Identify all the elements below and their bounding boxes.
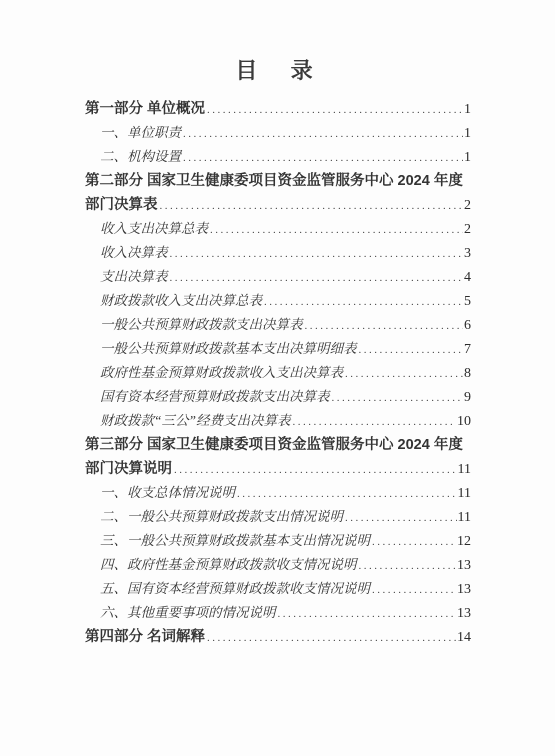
toc-entry: 国有资本经营预算财政拨款支出决算表9 [85, 385, 471, 409]
toc-entry-label: 收入决算表 [100, 241, 168, 265]
dot-leader [305, 314, 464, 338]
toc-entry-line: 收入支出决算总表2 [100, 217, 471, 241]
toc-entry: 一般公共预算财政拨款基本支出决算明细表7 [85, 337, 471, 361]
toc-entry-line: 部门决算说明11 [85, 457, 471, 481]
dot-leader [264, 290, 463, 314]
toc-entry-line: 部门决算表2 [85, 193, 471, 217]
dot-leader [160, 194, 464, 218]
dot-leader [359, 338, 464, 362]
toc-entry-line: 财政拨款收入支出决算总表5 [100, 289, 471, 313]
dot-leader [345, 362, 463, 386]
toc-entry-line: 财政拨款“三公”经费支出决算表10 [100, 409, 471, 433]
document-page: 目 录 第一部分 单位概况1一、单位职责1二、机构设置1第二部分 国家卫生健康委… [0, 0, 555, 756]
toc-page-number: 8 [464, 362, 471, 386]
toc-entry-line: 一、收支总体情况说明11 [100, 481, 471, 505]
dot-leader [174, 458, 457, 482]
toc-entry-label: 三、一般公共预算财政拨款基本支出情况说明 [100, 529, 370, 553]
toc-entry: 支出决算表4 [85, 265, 471, 289]
dot-leader [207, 626, 456, 650]
toc-entry: 五、国有资本经营预算财政拨款收支情况说明13 [85, 577, 471, 601]
toc-entry-label: 二、一般公共预算财政拨款支出情况说明 [100, 505, 343, 529]
toc-page-number: 1 [464, 146, 471, 170]
toc-entry: 一、收支总体情况说明11 [85, 481, 471, 505]
toc-entry-label: 五、国有资本经营预算财政拨款收支情况说明 [100, 577, 370, 601]
toc-entry-label: 财政拨款“三公”经费支出决算表 [100, 409, 291, 433]
toc-entry: 收入支出决算总表2 [85, 217, 471, 241]
toc-entry-label: 一般公共预算财政拨款支出决算表 [100, 313, 303, 337]
dot-leader [332, 386, 464, 410]
toc-entry-line: 五、国有资本经营预算财政拨款收支情况说明13 [100, 577, 471, 601]
toc-entry-label: 一般公共预算财政拨款基本支出决算明细表 [100, 337, 357, 361]
toc-entry: 收入决算表3 [85, 241, 471, 265]
toc-entry-label: 二、机构设置 [100, 145, 181, 169]
dot-leader [359, 554, 457, 578]
toc-entry-line: 支出决算表4 [100, 265, 471, 289]
toc-entry-label: 一、单位职责 [100, 121, 181, 145]
toc-entry-label: 收入支出决算总表 [100, 217, 208, 241]
page-title: 目 录 [0, 54, 555, 85]
toc-entry-label: 四、政府性基金预算财政拨款收支情况说明 [100, 553, 357, 577]
toc-entry: 财政拨款收入支出决算总表5 [85, 289, 471, 313]
toc-entry: 第二部分 国家卫生健康委项目资金监管服务中心 2024 年度部门决算表2 [85, 169, 471, 217]
toc-entry: 二、一般公共预算财政拨款支出情况说明11 [85, 505, 471, 529]
toc-list: 第一部分 单位概况1一、单位职责1二、机构设置1第二部分 国家卫生健康委项目资金… [85, 97, 471, 649]
dot-leader [372, 530, 456, 554]
toc-entry-line: 国有资本经营预算财政拨款支出决算表9 [100, 385, 471, 409]
dot-leader [278, 602, 457, 626]
toc-page-number: 4 [464, 266, 471, 290]
toc-page-number: 6 [464, 314, 471, 338]
toc-entry-line: 六、其他重要事项的情况说明13 [100, 601, 471, 625]
toc-page-number: 1 [464, 98, 471, 122]
dot-leader [293, 410, 456, 434]
dot-leader [207, 98, 463, 122]
dot-leader [372, 578, 456, 602]
dot-leader [237, 482, 457, 506]
toc-entry: 一、单位职责1 [85, 121, 471, 145]
toc-entry-label: 第二部分 国家卫生健康委项目资金监管服务中心 2024 年度 [85, 169, 471, 193]
toc-page-number: 9 [464, 386, 471, 410]
toc-entry: 六、其他重要事项的情况说明13 [85, 601, 471, 625]
toc-entry-line: 第四部分 名词解释14 [85, 625, 471, 649]
toc-entry-label: 一、收支总体情况说明 [100, 481, 235, 505]
toc-page-number: 1 [464, 122, 471, 146]
toc-entry-label: 国有资本经营预算财政拨款支出决算表 [100, 385, 330, 409]
toc-entry-label: 支出决算表 [100, 265, 168, 289]
toc-entry: 第四部分 名词解释14 [85, 625, 471, 649]
toc-page-number: 14 [457, 626, 471, 650]
toc-page-number: 3 [464, 242, 471, 266]
toc-page-number: 11 [458, 506, 471, 530]
toc-entry-label: 部门决算说明 [85, 457, 172, 481]
toc-page-number: 13 [457, 554, 471, 578]
toc-entry-line: 第一部分 单位概况1 [85, 97, 471, 121]
toc-entry: 三、一般公共预算财政拨款基本支出情况说明12 [85, 529, 471, 553]
toc-entry-label: 部门决算表 [85, 193, 158, 217]
dot-leader [170, 266, 464, 290]
dot-leader [183, 122, 463, 146]
toc-entry-line: 四、政府性基金预算财政拨款收支情况说明13 [100, 553, 471, 577]
dot-leader [345, 506, 457, 530]
toc-entry: 政府性基金预算财政拨款收入支出决算表8 [85, 361, 471, 385]
toc-entry: 第三部分 国家卫生健康委项目资金监管服务中心 2024 年度部门决算说明11 [85, 433, 471, 481]
toc-entry-line: 三、一般公共预算财政拨款基本支出情况说明12 [100, 529, 471, 553]
toc-entry-label: 第一部分 单位概况 [85, 97, 205, 121]
toc-page-number: 2 [464, 194, 471, 218]
toc-page-number: 7 [464, 338, 471, 362]
toc-entry-label: 第三部分 国家卫生健康委项目资金监管服务中心 2024 年度 [85, 433, 471, 457]
toc-page-number: 12 [457, 530, 471, 554]
toc-entry-line: 二、机构设置1 [100, 145, 471, 169]
toc-entry-line: 二、一般公共预算财政拨款支出情况说明11 [100, 505, 471, 529]
toc-page-number: 10 [457, 410, 471, 434]
toc-entry-line: 一、单位职责1 [100, 121, 471, 145]
toc-entry-label: 六、其他重要事项的情况说明 [100, 601, 276, 625]
toc-entry-line: 一般公共预算财政拨款支出决算表6 [100, 313, 471, 337]
toc-page-number: 2 [464, 218, 471, 242]
dot-leader [210, 218, 463, 242]
toc-page-number: 5 [464, 290, 471, 314]
toc-entry-line: 一般公共预算财政拨款基本支出决算明细表7 [100, 337, 471, 361]
toc-entry: 第一部分 单位概况1 [85, 97, 471, 121]
toc-entry-line: 收入决算表3 [100, 241, 471, 265]
toc-entry-label: 政府性基金预算财政拨款收入支出决算表 [100, 361, 343, 385]
dot-leader [183, 146, 463, 170]
toc-entry: 二、机构设置1 [85, 145, 471, 169]
dot-leader [170, 242, 464, 266]
toc-entry: 四、政府性基金预算财政拨款收支情况说明13 [85, 553, 471, 577]
toc-entry: 一般公共预算财政拨款支出决算表6 [85, 313, 471, 337]
toc-entry: 财政拨款“三公”经费支出决算表10 [85, 409, 471, 433]
toc-entry-label: 第四部分 名词解释 [85, 625, 205, 649]
toc-page-number: 11 [458, 482, 471, 506]
toc-entry-line: 政府性基金预算财政拨款收入支出决算表8 [100, 361, 471, 385]
toc-page-number: 13 [457, 578, 471, 602]
toc-page-number: 11 [458, 458, 471, 482]
toc-page-number: 13 [457, 602, 471, 626]
toc-entry-label: 财政拨款收入支出决算总表 [100, 289, 262, 313]
